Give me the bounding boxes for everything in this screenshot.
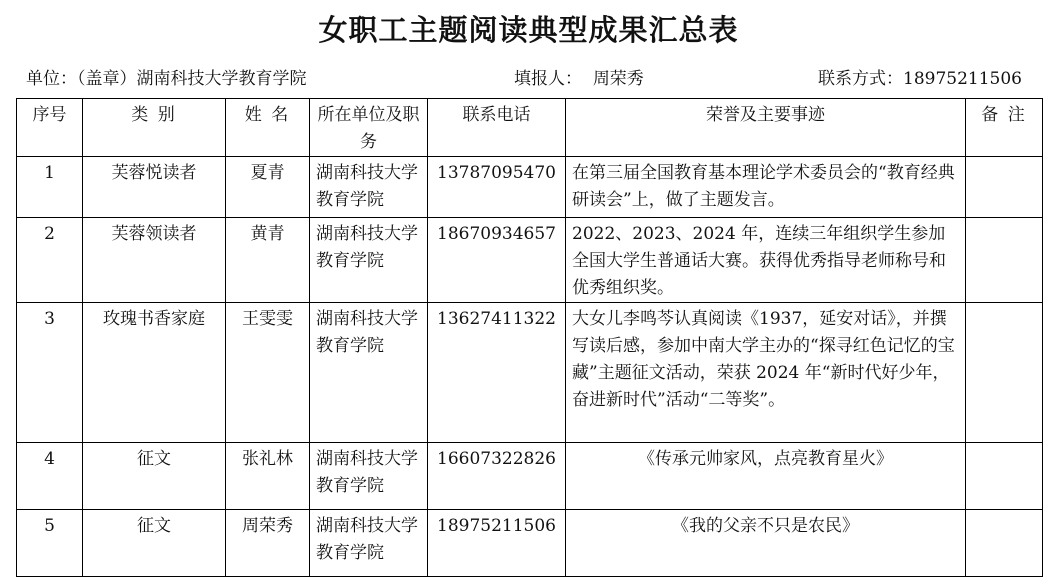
table-row: 3 玫瑰书香家庭 王雯雯 湖南科技大学教育学院 13627411322 大女儿李… xyxy=(17,303,1043,443)
cell-remark xyxy=(966,443,1043,510)
cell-deeds: 大女儿李鸣芩认真阅读《1937，延安对话》，并撰写读后感，参加中南大学主办的“探… xyxy=(566,303,966,443)
header-no: 序号 xyxy=(17,99,83,157)
filler-label: 填报人： xyxy=(514,69,582,89)
cell-no: 5 xyxy=(17,510,83,577)
cell-name: 夏青 xyxy=(226,157,310,218)
cell-phone: 13787095470 xyxy=(428,157,566,218)
cell-unit: 湖南科技大学教育学院 xyxy=(310,443,428,510)
cell-no: 2 xyxy=(17,218,83,303)
cell-no: 1 xyxy=(17,157,83,218)
header-row: 序号 类 别 姓 名 所在单位及职务 联系电话 荣誉及主要事迹 备 注 xyxy=(17,99,1043,157)
cell-phone: 18975211506 xyxy=(428,510,566,577)
cell-category: 芙蓉悦读者 xyxy=(83,157,226,218)
cell-name: 王雯雯 xyxy=(226,303,310,443)
table-row: 1 芙蓉悦读者 夏青 湖南科技大学教育学院 13787095470 在第三届全国… xyxy=(17,157,1043,218)
filler-info: 填报人： 周荣秀 xyxy=(514,64,644,89)
cell-deeds: 《我的父亲不只是农民》 xyxy=(566,510,966,577)
contact-info: 联系方式：18975211506 xyxy=(818,64,1022,89)
cell-category: 征文 xyxy=(83,510,226,577)
cell-unit: 湖南科技大学教育学院 xyxy=(310,157,428,218)
cell-remark xyxy=(966,157,1043,218)
table-row: 2 芙蓉领读者 黄青 湖南科技大学教育学院 18670934657 2022、2… xyxy=(17,218,1043,303)
summary-table: 序号 类 别 姓 名 所在单位及职务 联系电话 荣誉及主要事迹 备 注 1 芙蓉… xyxy=(16,98,1043,577)
cell-name: 张礼林 xyxy=(226,443,310,510)
cell-phone: 13627411322 xyxy=(428,303,566,443)
cell-deeds: 《传承元帅家风，点亮教育星火》 xyxy=(566,443,966,510)
header-phone: 联系电话 xyxy=(428,99,566,157)
contact-value: 18975211506 xyxy=(903,69,1022,89)
cell-deeds: 2022、2023、2024 年，连续三年组织学生参加全国大学生普通话大赛。获得… xyxy=(566,218,966,303)
cell-no: 3 xyxy=(17,303,83,443)
cell-phone: 18670934657 xyxy=(428,218,566,303)
cell-remark xyxy=(966,510,1043,577)
header-deeds: 荣誉及主要事迹 xyxy=(566,99,966,157)
cell-category: 玫瑰书香家庭 xyxy=(83,303,226,443)
cell-phone: 16607322826 xyxy=(428,443,566,510)
cell-unit: 湖南科技大学教育学院 xyxy=(310,303,428,443)
cell-unit: 湖南科技大学教育学院 xyxy=(310,510,428,577)
filler-name: 周荣秀 xyxy=(593,69,644,89)
cell-name: 周荣秀 xyxy=(226,510,310,577)
header-name: 姓 名 xyxy=(226,99,310,157)
cell-category: 芙蓉领读者 xyxy=(83,218,226,303)
contact-label: 联系方式： xyxy=(818,69,903,89)
unit-label: 单位：（盖章）湖南科技大学教育学院 xyxy=(26,64,307,89)
cell-deeds: 在第三届全国教育基本理论学术委员会的“教育经典研读会”上，做了主题发言。 xyxy=(566,157,966,218)
header-category: 类 别 xyxy=(83,99,226,157)
cell-remark xyxy=(966,218,1043,303)
cell-category: 征文 xyxy=(83,443,226,510)
cell-unit: 湖南科技大学教育学院 xyxy=(310,218,428,303)
document-title: 女职工主题阅读典型成果汇总表 xyxy=(0,8,1057,49)
header-remark: 备 注 xyxy=(966,99,1043,157)
cell-no: 4 xyxy=(17,443,83,510)
cell-remark xyxy=(966,303,1043,443)
header-unit: 所在单位及职务 xyxy=(310,99,428,157)
table-row: 5 征文 周荣秀 湖南科技大学教育学院 18975211506 《我的父亲不只是… xyxy=(17,510,1043,577)
table-row: 4 征文 张礼林 湖南科技大学教育学院 16607322826 《传承元帅家风，… xyxy=(17,443,1043,510)
cell-name: 黄青 xyxy=(226,218,310,303)
